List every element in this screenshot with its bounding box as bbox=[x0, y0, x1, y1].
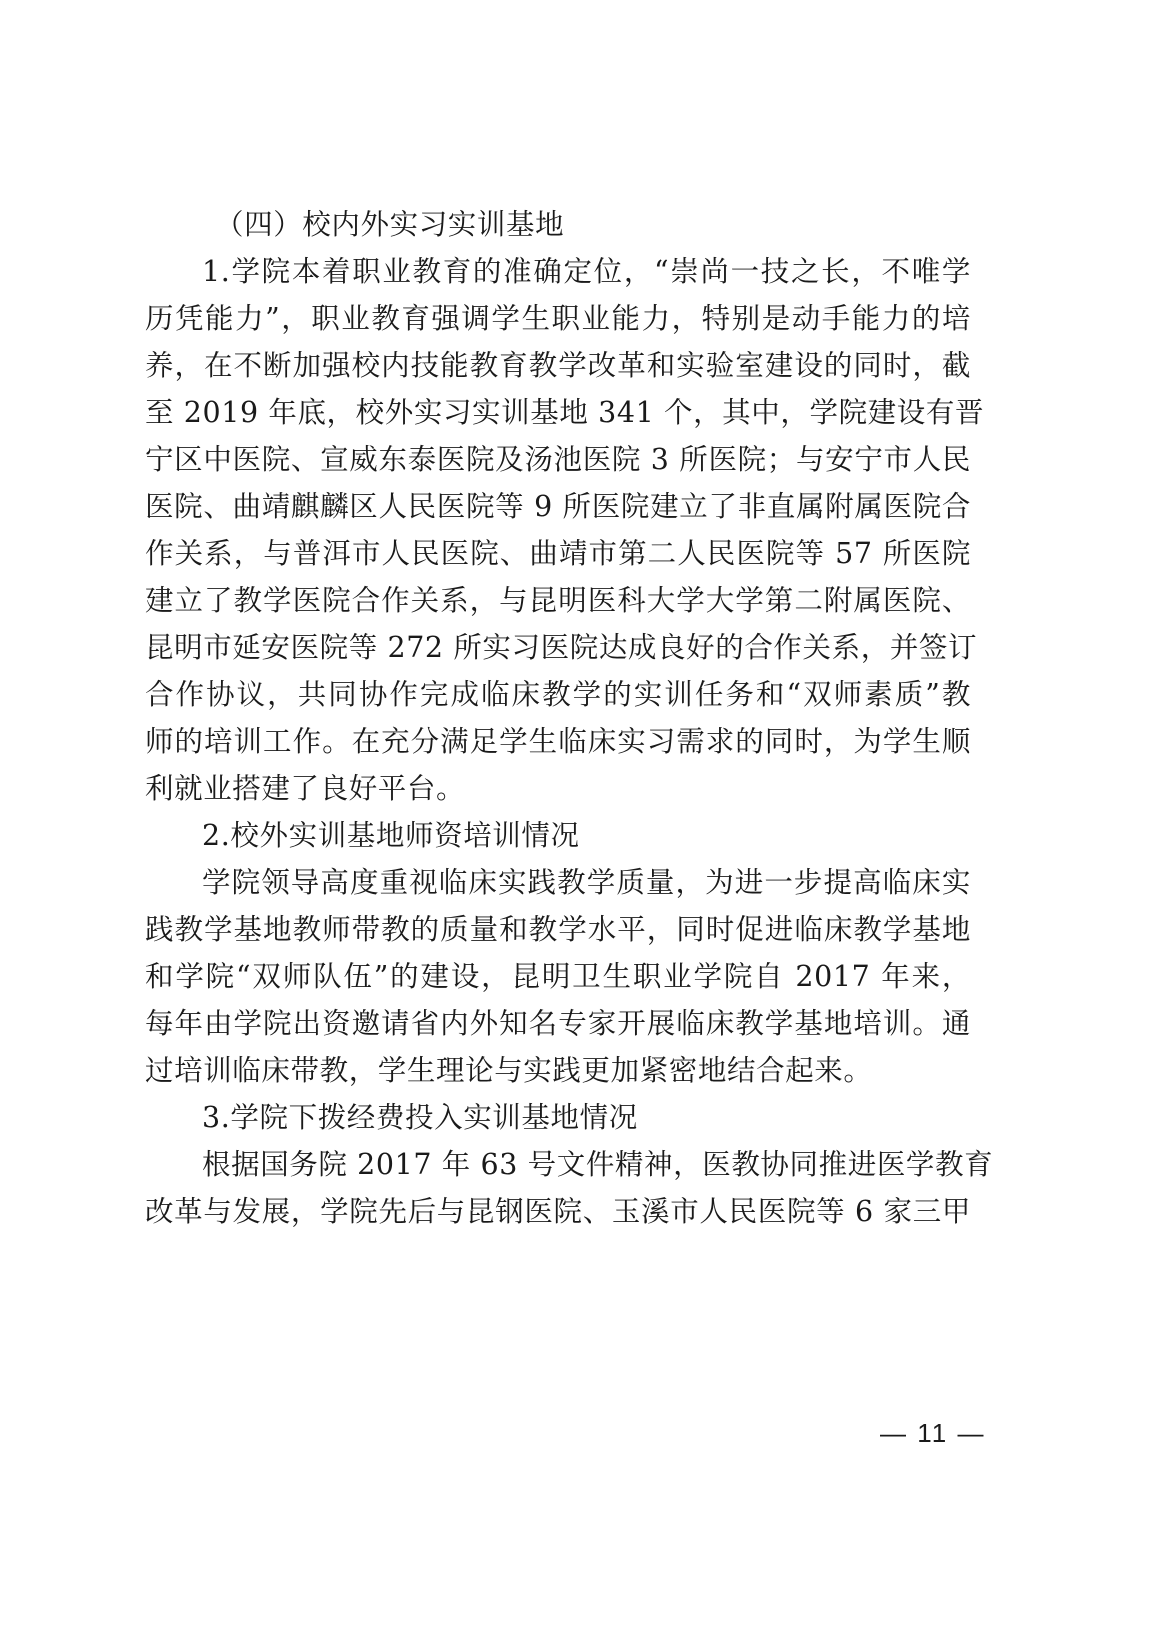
subsection-heading: 2.校外实训基地师资培训情况 bbox=[202, 816, 971, 856]
paragraph-line: 合作协议，共同协作完成临床教学的实训任务和“双师素质”教 bbox=[145, 675, 971, 715]
paragraph-line: 学院领导高度重视临床实践教学质量，为进一步提高临床实 bbox=[202, 863, 971, 903]
paragraph-line: 建立了教学医院合作关系，与昆明医科大学大学第二附属医院、 bbox=[145, 581, 971, 621]
paragraph-line: 根据国务院 2017 年 63 号文件精神，医教协同推进医学教育 bbox=[202, 1145, 971, 1185]
paragraph-line: 养，在不断加强校内技能教育教学改革和实验室建设的同时，截 bbox=[145, 346, 971, 386]
document-page: （四）校内外实习实训基地 1.学院本着职业教育的准确定位，“崇尚一技之长，不唯学… bbox=[0, 0, 1150, 1626]
paragraph-line: 和学院“双师队伍”的建设，昆明卫生职业学院自 2017 年来， bbox=[145, 957, 971, 997]
subsection-heading: 3.学院下拨经费投入实训基地情况 bbox=[202, 1098, 971, 1138]
paragraph-line: 宁区中医院、宣威东泰医院及汤池医院 3 所医院；与安宁市人民 bbox=[145, 440, 971, 480]
paragraph-line: 师的培训工作。在充分满足学生临床实习需求的同时，为学生顺 bbox=[145, 722, 971, 762]
paragraph-line: 改革与发展，学院先后与昆钢医院、玉溪市人民医院等 6 家三甲 bbox=[145, 1192, 971, 1232]
paragraph-line: 利就业搭建了良好平台。 bbox=[145, 769, 971, 809]
paragraph-line: 医院、曲靖麒麟区人民医院等 9 所医院建立了非直属附属医院合 bbox=[145, 487, 971, 527]
paragraph-line: 昆明市延安医院等 272 所实习医院达成良好的合作关系，并签订 bbox=[145, 628, 971, 668]
section-heading: （四）校内外实习实训基地 bbox=[215, 205, 1041, 245]
paragraph-line: 1.学院本着职业教育的准确定位，“崇尚一技之长，不唯学 bbox=[202, 252, 971, 292]
paragraph-line: 作关系，与普洱市人民医院、曲靖市第二人民医院等 57 所医院 bbox=[145, 534, 971, 574]
paragraph-line: 每年由学院出资邀请省内外知名专家开展临床教学基地培训。通 bbox=[145, 1004, 971, 1044]
page-number: — 11 — bbox=[880, 1418, 985, 1449]
paragraph-line: 过培训临床带教，学生理论与实践更加紧密地结合起来。 bbox=[145, 1051, 971, 1091]
paragraph-line: 践教学基地教师带教的质量和教学水平，同时促进临床教学基地 bbox=[145, 910, 971, 950]
paragraph-line: 历凭能力”，职业教育强调学生职业能力，特别是动手能力的培 bbox=[145, 299, 971, 339]
paragraph-line: 至 2019 年底，校外实习实训基地 341 个，其中，学院建设有晋 bbox=[145, 393, 971, 433]
